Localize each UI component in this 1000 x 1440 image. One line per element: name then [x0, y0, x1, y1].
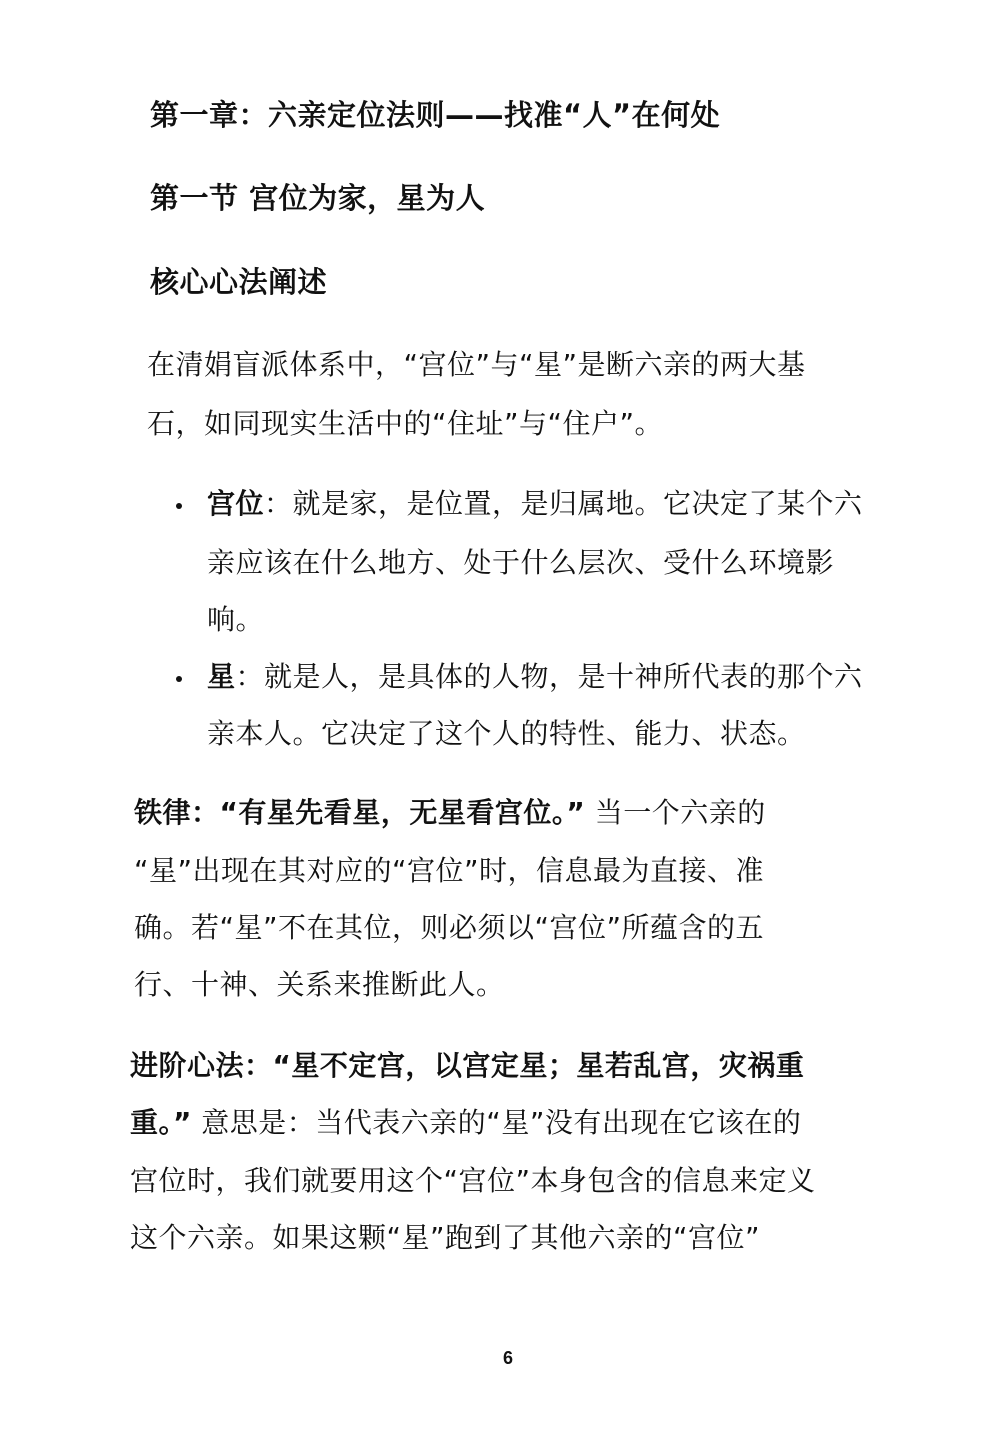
bullet-text: ：就是人，是具体的人物，是十神所代表的那个六 — [236, 660, 863, 693]
bullet-text: ：就是家，是位置，是归属地。它决定了某个六 — [264, 487, 863, 520]
intro-paragraph-line-2: 石，如同现实生活中的“住址”与“住户”。 — [147, 406, 663, 442]
advanced-quote: “星不定宫，以宫定星；星若乱宫，灾祸重 — [273, 1049, 805, 1082]
bullet-dot-icon — [176, 503, 182, 509]
bullet-item-star: 星：就是人，是具体的人物，是十神所代表的那个六 — [207, 659, 863, 695]
iron-law-line-1: 铁律：“有星先看星，无星看宫位。” 当一个六亲的 — [134, 795, 766, 831]
bullet-item-star-line-2: 亲本人。它决定了这个人的特性、能力、状态。 — [207, 716, 806, 752]
section-title: 第一节 宫位为家，星为人 — [150, 180, 485, 216]
advanced-text: 意思是：当代表六亲的“星”没有出现在它该在的 — [192, 1106, 801, 1139]
document-page: 第一章：六亲定位法则——找准“人”在何处 第一节 宫位为家，星为人 核心心法阐述… — [0, 0, 1000, 1440]
advanced-label: 进阶心法： — [130, 1049, 273, 1082]
iron-law-quote: “有星先看星，无星看宫位。” — [220, 796, 586, 829]
subsection-title: 核心心法阐述 — [150, 264, 327, 300]
iron-law-line-2: “星”出现在其对应的“宫位”时，信息最为直接、准 — [134, 853, 764, 889]
bullet-item-palace-line-2: 亲应该在什么地方、处于什么层次、受什么环境影 — [207, 545, 834, 581]
advanced-line-2: 重。” 意思是：当代表六亲的“星”没有出现在它该在的 — [130, 1105, 801, 1141]
iron-law-line-4: 行、十神、关系来推断此人。 — [134, 967, 505, 1003]
page-number: 6 — [503, 1347, 513, 1369]
iron-law-label: 铁律： — [134, 796, 220, 829]
advanced-line-4: 这个六亲。如果这颗“星”跑到了其他六亲的“宫位” — [130, 1220, 760, 1256]
chapter-title: 第一章：六亲定位法则——找准“人”在何处 — [150, 97, 720, 133]
bullet-term: 星 — [207, 660, 236, 693]
advanced-line-1: 进阶心法：“星不定宫，以宫定星；星若乱宫，灾祸重 — [130, 1048, 804, 1084]
bullet-item-palace: 宫位：就是家，是位置，是归属地。它决定了某个六 — [207, 486, 863, 522]
bullet-term: 宫位 — [207, 487, 264, 520]
iron-law-line-3: 确。若“星”不在其位，则必须以“宫位”所蕴含的五 — [134, 910, 764, 946]
iron-law-text: 当一个六亲的 — [585, 796, 765, 829]
advanced-line-3: 宫位时，我们就要用这个“宫位”本身包含的信息来定义 — [130, 1163, 816, 1199]
advanced-quote-end: 重。” — [130, 1106, 192, 1139]
intro-paragraph-line-1: 在清娟盲派体系中，“宫位”与“星”是断六亲的两大基 — [147, 347, 806, 383]
bullet-dot-icon — [176, 676, 182, 682]
bullet-item-palace-line-3: 响。 — [207, 602, 264, 638]
